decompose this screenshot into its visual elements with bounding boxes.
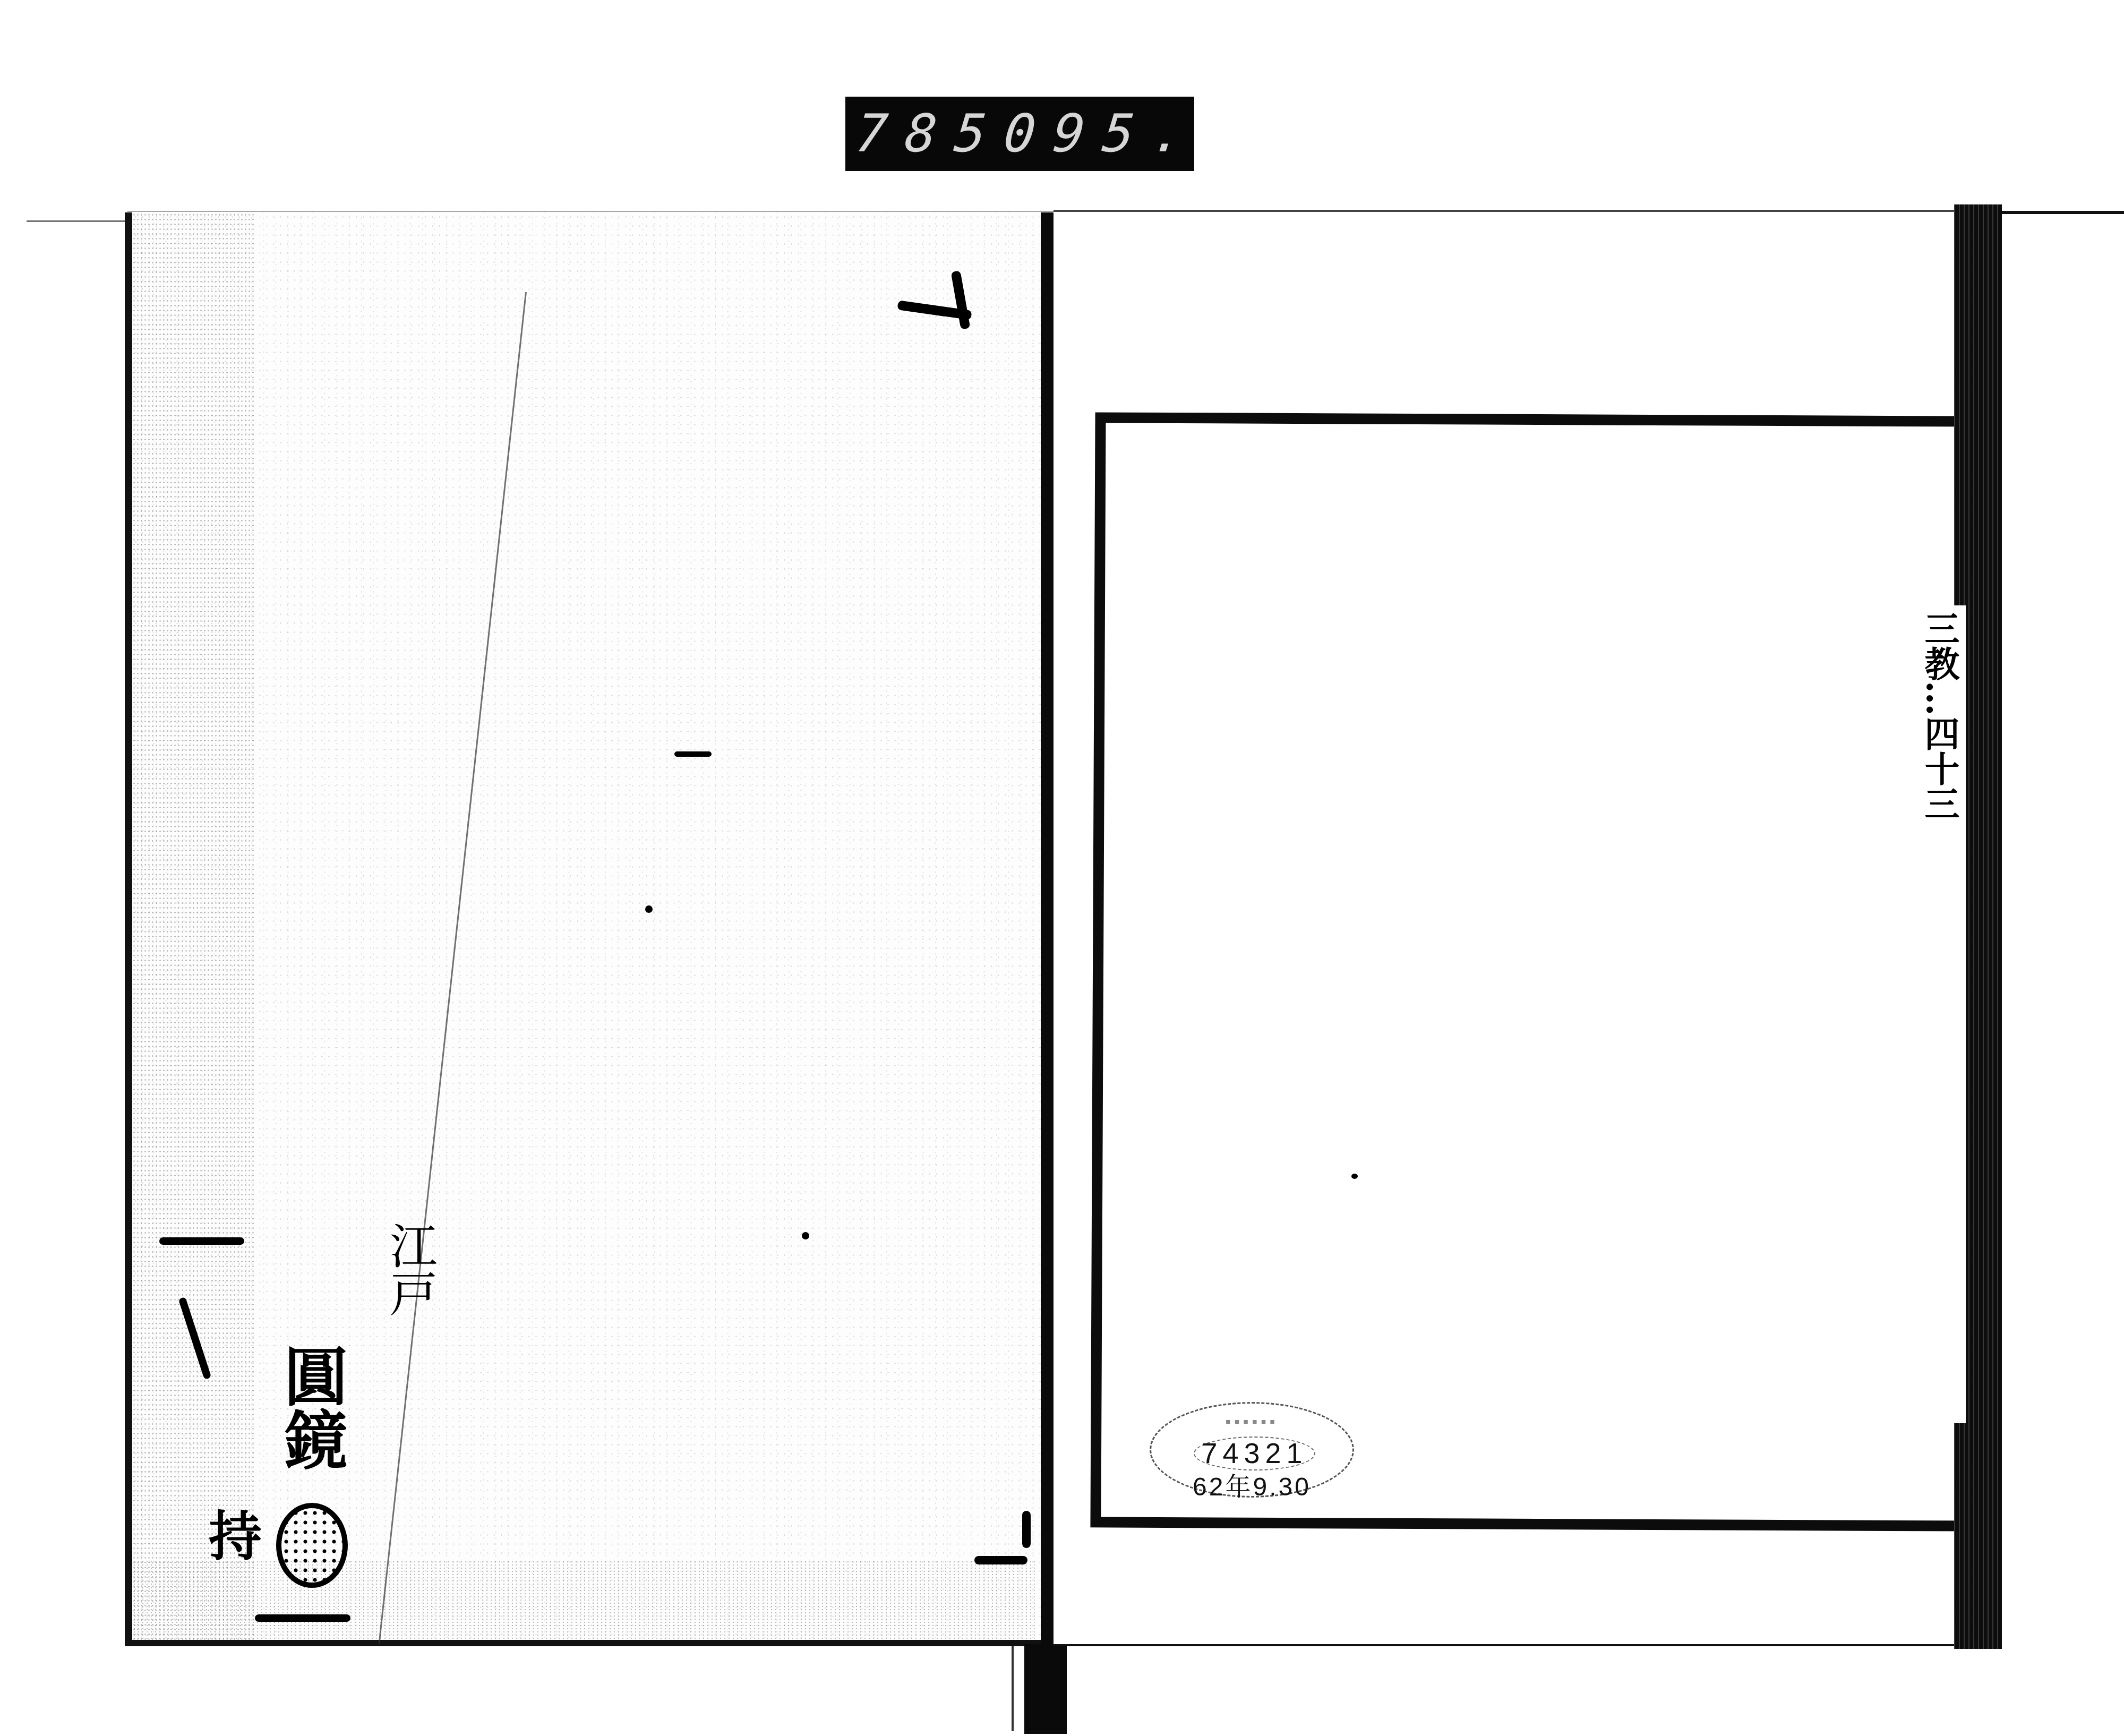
paper-wear-strip	[132, 212, 254, 1640]
book-spine	[1041, 212, 1054, 1646]
reel-number-left: 785	[853, 104, 1007, 164]
ink-dash-mid	[674, 751, 712, 757]
stamp-header-faded: ▪▪▪▪▪▪	[1151, 1413, 1352, 1431]
owner-seal-icon	[276, 1503, 348, 1588]
title-slip-text: 三教…四十三	[1926, 611, 1964, 821]
ink-mark-base	[255, 1614, 350, 1622]
accession-date: 62年9.30	[1151, 1466, 1352, 1503]
inscription-owner-name: 圓鏡	[276, 1344, 345, 1471]
spine-edge-line	[1012, 1646, 1014, 1731]
ink-dot	[1351, 1174, 1358, 1179]
accession-number: 74321	[1194, 1436, 1315, 1470]
paper-texture	[132, 212, 1051, 1640]
title-page-frame	[1090, 412, 1976, 1531]
scan-guide-line-left	[27, 220, 127, 222]
ink-mark-side	[159, 1237, 244, 1245]
ink-dot	[645, 905, 653, 913]
reel-number-right: 095.	[1001, 104, 1205, 164]
ink-mark-bottom-stem	[1022, 1511, 1031, 1548]
ink-mark-bottom	[974, 1556, 1027, 1564]
library-accession-stamp: ▪▪▪▪▪▪ 74321 62年9.30	[1150, 1402, 1354, 1498]
inscription-ownership-mark: 持	[202, 1508, 260, 1561]
microfilm-reel-label: 785 095.	[845, 97, 1194, 171]
inscription-place: 江戸	[382, 1221, 435, 1317]
ink-dot	[802, 1232, 809, 1239]
spine-tail	[1024, 1644, 1067, 1734]
bottom-stain	[132, 1560, 1035, 1640]
cover-page	[125, 212, 1051, 1646]
scan-guide-line-right	[2002, 211, 2124, 214]
